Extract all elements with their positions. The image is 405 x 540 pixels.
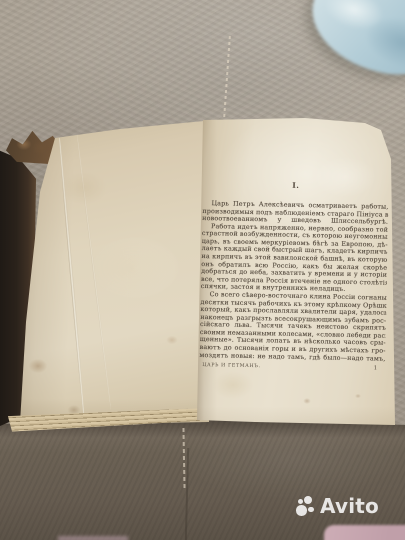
text-line: спячки, застоя и внутреннихъ неладицъ. bbox=[201, 283, 387, 294]
text-line: Со всего сѣверо-восточнаго клина Россіи … bbox=[201, 291, 387, 302]
text-line: щенные». Тысячи лопатъ въ нѣсколько часо… bbox=[200, 336, 386, 347]
page-crease bbox=[76, 134, 112, 410]
avito-watermark: Avito bbox=[296, 496, 379, 516]
paragraph-2: Работа идетъ напряженно, нервно, сообраз… bbox=[201, 223, 388, 295]
text-line: моздятъ новыя: не надо тамъ, гдѣ было—на… bbox=[199, 352, 385, 363]
paragraph-3: Со всего сѣверо-восточнаго клина Россіи … bbox=[199, 291, 386, 363]
right-text-page: I. Царь Петръ Алексѣевичъ осматриваетъ р… bbox=[195, 117, 397, 435]
avito-wordmark: Avito bbox=[320, 496, 379, 516]
page-crease bbox=[58, 138, 85, 419]
text-line: все, что потеряла Россія втеченіе не одн… bbox=[201, 276, 387, 287]
text-line: десятки тысячъ рабочихъ къ этому крѣпком… bbox=[200, 298, 386, 309]
text-line: добраться до неба, захватить у времени и… bbox=[201, 268, 387, 279]
fabric-seam-thread bbox=[223, 36, 231, 118]
text-line: Работа идетъ напряженно, нервно, сообраз… bbox=[202, 223, 388, 234]
text-line: ваютъ до основанія горы и въ другихъ мѣс… bbox=[200, 344, 386, 355]
text-line: страстной возбужденности, съ которою неу… bbox=[202, 230, 388, 241]
text-line: сійскаго льва. Тысячи тачекъ неистово ск… bbox=[200, 321, 386, 332]
left-blank-page bbox=[14, 118, 210, 430]
open-book: I. Царь Петръ Алексѣевичъ осматриваетъ р… bbox=[0, 112, 405, 444]
text-line: производимыя подъ наблюденіемъ стараго П… bbox=[202, 208, 388, 219]
chapter-heading: I. bbox=[203, 179, 389, 192]
listing-photo-antique-book: I. Царь Петръ Алексѣевичъ осматриваетъ р… bbox=[0, 0, 405, 540]
avito-logo-icon bbox=[296, 496, 315, 516]
text-line: лаетъ каждый свой быстрый шагъ, кладетъ … bbox=[202, 245, 388, 256]
text-line: который, какъ прославляли хвалители царя… bbox=[200, 306, 386, 317]
text-line: на кирпичъ въ этой вавилонской башнѣ, въ… bbox=[201, 253, 387, 264]
text-line: Царь Петръ Алексѣевичъ осматриваетъ рабо… bbox=[202, 200, 388, 211]
printed-text-block: I. Царь Петръ Алексѣевичъ осматриваетъ р… bbox=[199, 179, 389, 372]
text-line: наконецъ разгрызть всесокрушающимъ зубам… bbox=[200, 314, 386, 325]
running-title: ЦАРЬ И ГЕТМАНЪ. bbox=[202, 363, 261, 369]
pink-fabric-edge bbox=[324, 525, 405, 540]
page-number: 1 bbox=[374, 366, 378, 372]
text-line: своими немазанными колесами, «словно леб… bbox=[200, 329, 386, 340]
page-footer: ЦАРЬ И ГЕТМАНЪ. 1 bbox=[199, 362, 385, 372]
text-line: онъ обратилъ всю Россію, какъ бы желая с… bbox=[201, 261, 387, 272]
paragraph-1: Царь Петръ Алексѣевичъ осматриваетъ рабо… bbox=[202, 200, 388, 226]
blue-fabric-corner bbox=[300, 0, 405, 87]
text-line: царь, въ своемъ меркуріевомъ бѣгѣ за Евр… bbox=[202, 238, 388, 249]
pink-fabric-sliver bbox=[58, 536, 128, 540]
text-line: новоотвоеванномъ у шведовъ Шлиссельбургѣ… bbox=[202, 215, 388, 226]
